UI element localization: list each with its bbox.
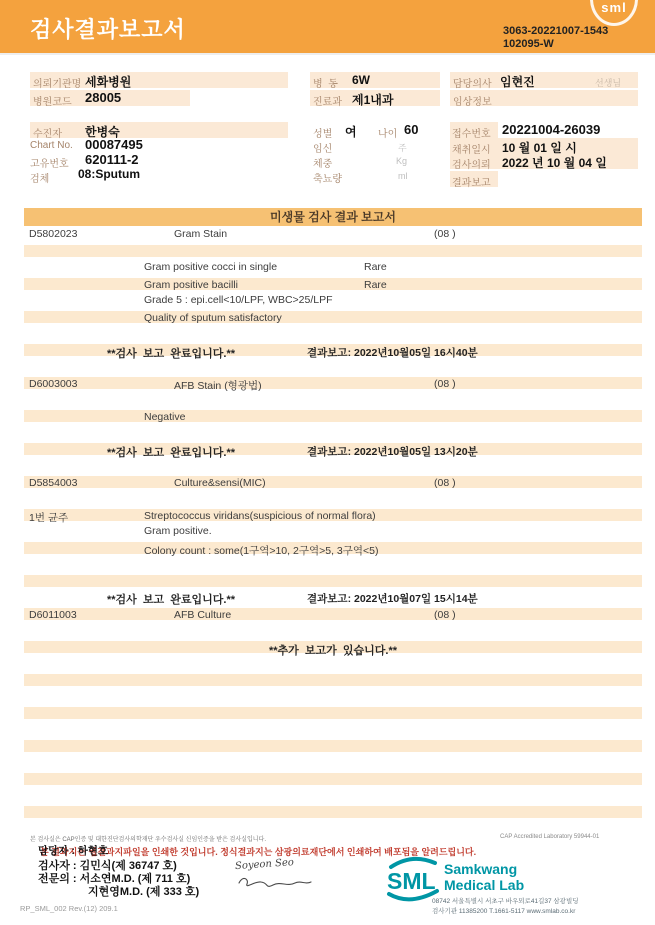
test-name: Gram Stain <box>174 228 227 240</box>
signature-scribble <box>235 869 315 895</box>
specimen-note: (08 ) <box>434 477 456 489</box>
unique-no-label: 고유번호 <box>30 155 69 170</box>
chart-no-label: Chart No. <box>30 140 73 151</box>
lab-address: 08742 서울특별시 서초구 바우뫼로41길37 삼광빌딩 <box>432 896 579 905</box>
test-name: Culture&sensi(MIC) <box>174 477 266 489</box>
specimen-value: 08:Sputum <box>78 167 140 181</box>
weight-unit: Kg <box>396 156 407 166</box>
sml-logo-text: sml <box>593 0 635 15</box>
table-row: Grade 5 : epi.cell<10/LPF, WBC>25/LPF <box>24 292 642 309</box>
test-code: D5802023 <box>29 228 77 240</box>
test-code: D5854003 <box>29 477 77 489</box>
table-row <box>24 490 642 507</box>
table-title: 미생물 검사 결과 보고서 <box>24 208 642 226</box>
ward-label: 병 동 <box>313 75 338 90</box>
doctor-name: 임현진 <box>500 73 535 90</box>
lab-report-page: sml 검사결과보고서 3063-20221007-1543 102095-W … <box>0 0 655 925</box>
specimen-note: (08 ) <box>434 378 456 390</box>
report-number-2: 102095-W <box>503 38 554 50</box>
table-row <box>24 771 642 788</box>
table-row <box>24 457 642 474</box>
table-row: Gram positive cocci in singleRare <box>24 259 642 276</box>
table-row: D5854003Culture&sensi(MIC)(08 ) <box>24 474 642 491</box>
test-name: AFB Culture <box>174 609 231 621</box>
table-row <box>24 754 642 771</box>
report-header: sml 검사결과보고서 3063-20221007-1543 102095-W <box>0 0 655 55</box>
department-label: 진료과 <box>313 93 342 108</box>
table-row: D6003003AFB Stain (형광법)(08 ) <box>24 375 642 392</box>
clinical-info-label: 임상정보 <box>453 93 492 108</box>
page-title: 검사결과보고서 <box>30 13 186 44</box>
table-row <box>24 358 642 375</box>
manager-line: 담당자 : 하현호 <box>38 843 108 858</box>
table-row <box>24 688 642 705</box>
specialist-line-2: 지현영M.D. (제 333 호) <box>88 883 199 899</box>
lab-name-2: Medical Lab <box>444 877 524 893</box>
report-number-1: 3063-20221007-1543 <box>503 25 608 37</box>
result-text: Negative <box>144 411 185 423</box>
result-text: Grade 5 : epi.cell<10/LPF, WBC>25/LPF <box>144 294 333 306</box>
cap-accreditation: CAP Accredited Laboratory 59944-01 <box>500 834 599 840</box>
hospital-code-value: 28005 <box>85 90 121 105</box>
table-row: Gram positive bacilliRare <box>24 276 642 293</box>
table-row <box>24 573 642 590</box>
result-table-rows: D5802023Gram Stain(08 )Gram positive coc… <box>24 226 642 820</box>
report-complete-message: **검사 보고 완료입니다.** <box>107 591 235 607</box>
table-row <box>24 787 642 804</box>
hospital-code-label: 병원코드 <box>33 93 72 108</box>
result-value: Rare <box>364 279 387 291</box>
table-row <box>24 705 642 722</box>
collection-label: 채취일시 <box>452 141 491 156</box>
table-row: D5802023Gram Stain(08 ) <box>24 226 642 243</box>
pregnancy-label: 임신 <box>313 140 332 155</box>
chart-no-value: 00087495 <box>85 137 143 152</box>
document-code: RP_SML_002 Rev.(12) 209.1 <box>20 904 118 913</box>
requesting-org-value: 세화병원 <box>85 73 131 90</box>
report-date: 결과보고: 2022년10월07일 15시14분 <box>307 591 478 606</box>
sex-label: 성별 <box>313 125 332 140</box>
table-row <box>24 804 642 821</box>
specimen-note: (08 ) <box>434 609 456 621</box>
table-row <box>24 721 642 738</box>
table-row: **검사 보고 완료입니다.**결과보고: 2022년10월05일 13시20분 <box>24 441 642 458</box>
age-label: 나이 <box>378 125 397 140</box>
table-row <box>24 738 642 755</box>
table-row <box>24 243 642 260</box>
accreditation-notice: 본 검사실은 CAP인증 및 대한진단검사의학재단 우수검사실 신임인증을 받은… <box>30 834 266 843</box>
result-text: Quality of sputum satisfactory <box>144 312 282 324</box>
result-text: Gram positive bacilli <box>144 279 238 291</box>
table-row: Quality of sputum satisfactory <box>24 309 642 326</box>
sml-logo-icon: sml <box>590 0 638 26</box>
specimen-note: (08 ) <box>434 228 456 240</box>
doctor-suffix: 선생님 <box>595 76 621 89</box>
signature: Soyeon Seo <box>235 858 325 903</box>
table-row <box>24 655 642 672</box>
table-row <box>24 424 642 441</box>
table-row: Colony count : some(1구역>10, 2구역>5, 3구역<5… <box>24 540 642 557</box>
receipt-no-value: 20221004-26039 <box>502 122 600 137</box>
age-value: 60 <box>404 122 418 137</box>
table-row: 1번 균주Streptococcus viridans(suspicious o… <box>24 507 642 524</box>
department-value: 제1내과 <box>352 91 393 108</box>
sex-value: 여 <box>345 123 357 140</box>
test-code: D6003003 <box>29 378 77 390</box>
urine-label: 축뇨량 <box>313 170 342 185</box>
table-row <box>24 622 642 639</box>
table-row: **추가 보고가 있습니다.** <box>24 639 642 656</box>
table-row <box>24 556 642 573</box>
patient-bar <box>30 122 288 138</box>
table-row <box>24 391 642 408</box>
test-code: D6011003 <box>29 609 77 621</box>
table-row <box>24 672 642 689</box>
svg-text:SML: SML <box>387 868 436 894</box>
request-date: 2022 년 10 월 04 일 <box>502 154 607 171</box>
lab-name-1: Samkwang <box>444 861 517 877</box>
result-text: Gram positive cocci in single <box>144 261 277 273</box>
weight-label: 체중 <box>313 155 332 170</box>
patient-label: 수진자 <box>33 125 62 140</box>
table-row: Negative <box>24 408 642 425</box>
lab-contact: 검사기관 11385200 T.1661-5117 www.smlab.co.k… <box>432 906 575 915</box>
urine-unit: ml <box>398 171 408 181</box>
table-row: **검사 보고 완료입니다.**결과보고: 2022년10월05일 16시40분 <box>24 342 642 359</box>
unique-no-value: 620111-2 <box>85 152 139 167</box>
table-row: D6011003AFB Culture(08 ) <box>24 606 642 623</box>
table-row: **검사 보고 완료입니다.**결과보고: 2022년10월07일 15시14분 <box>24 589 642 606</box>
table-row <box>24 325 642 342</box>
ward-value: 6W <box>352 73 370 87</box>
result-value: Rare <box>364 261 387 273</box>
doctor-label: 담당의사 <box>453 75 492 90</box>
result-report-label: 결과보고 <box>452 174 491 189</box>
specimen-label: 검체 <box>30 170 49 185</box>
requesting-org-label: 의뢰기관명 <box>33 75 81 90</box>
result-text: Streptococcus viridans(suspicious of nor… <box>144 510 376 522</box>
result-text: Gram positive. <box>144 525 212 537</box>
table-row: Gram positive. <box>24 523 642 540</box>
pregnancy-unit: 주 <box>398 141 407 154</box>
request-label: 검사의뢰 <box>452 156 491 171</box>
